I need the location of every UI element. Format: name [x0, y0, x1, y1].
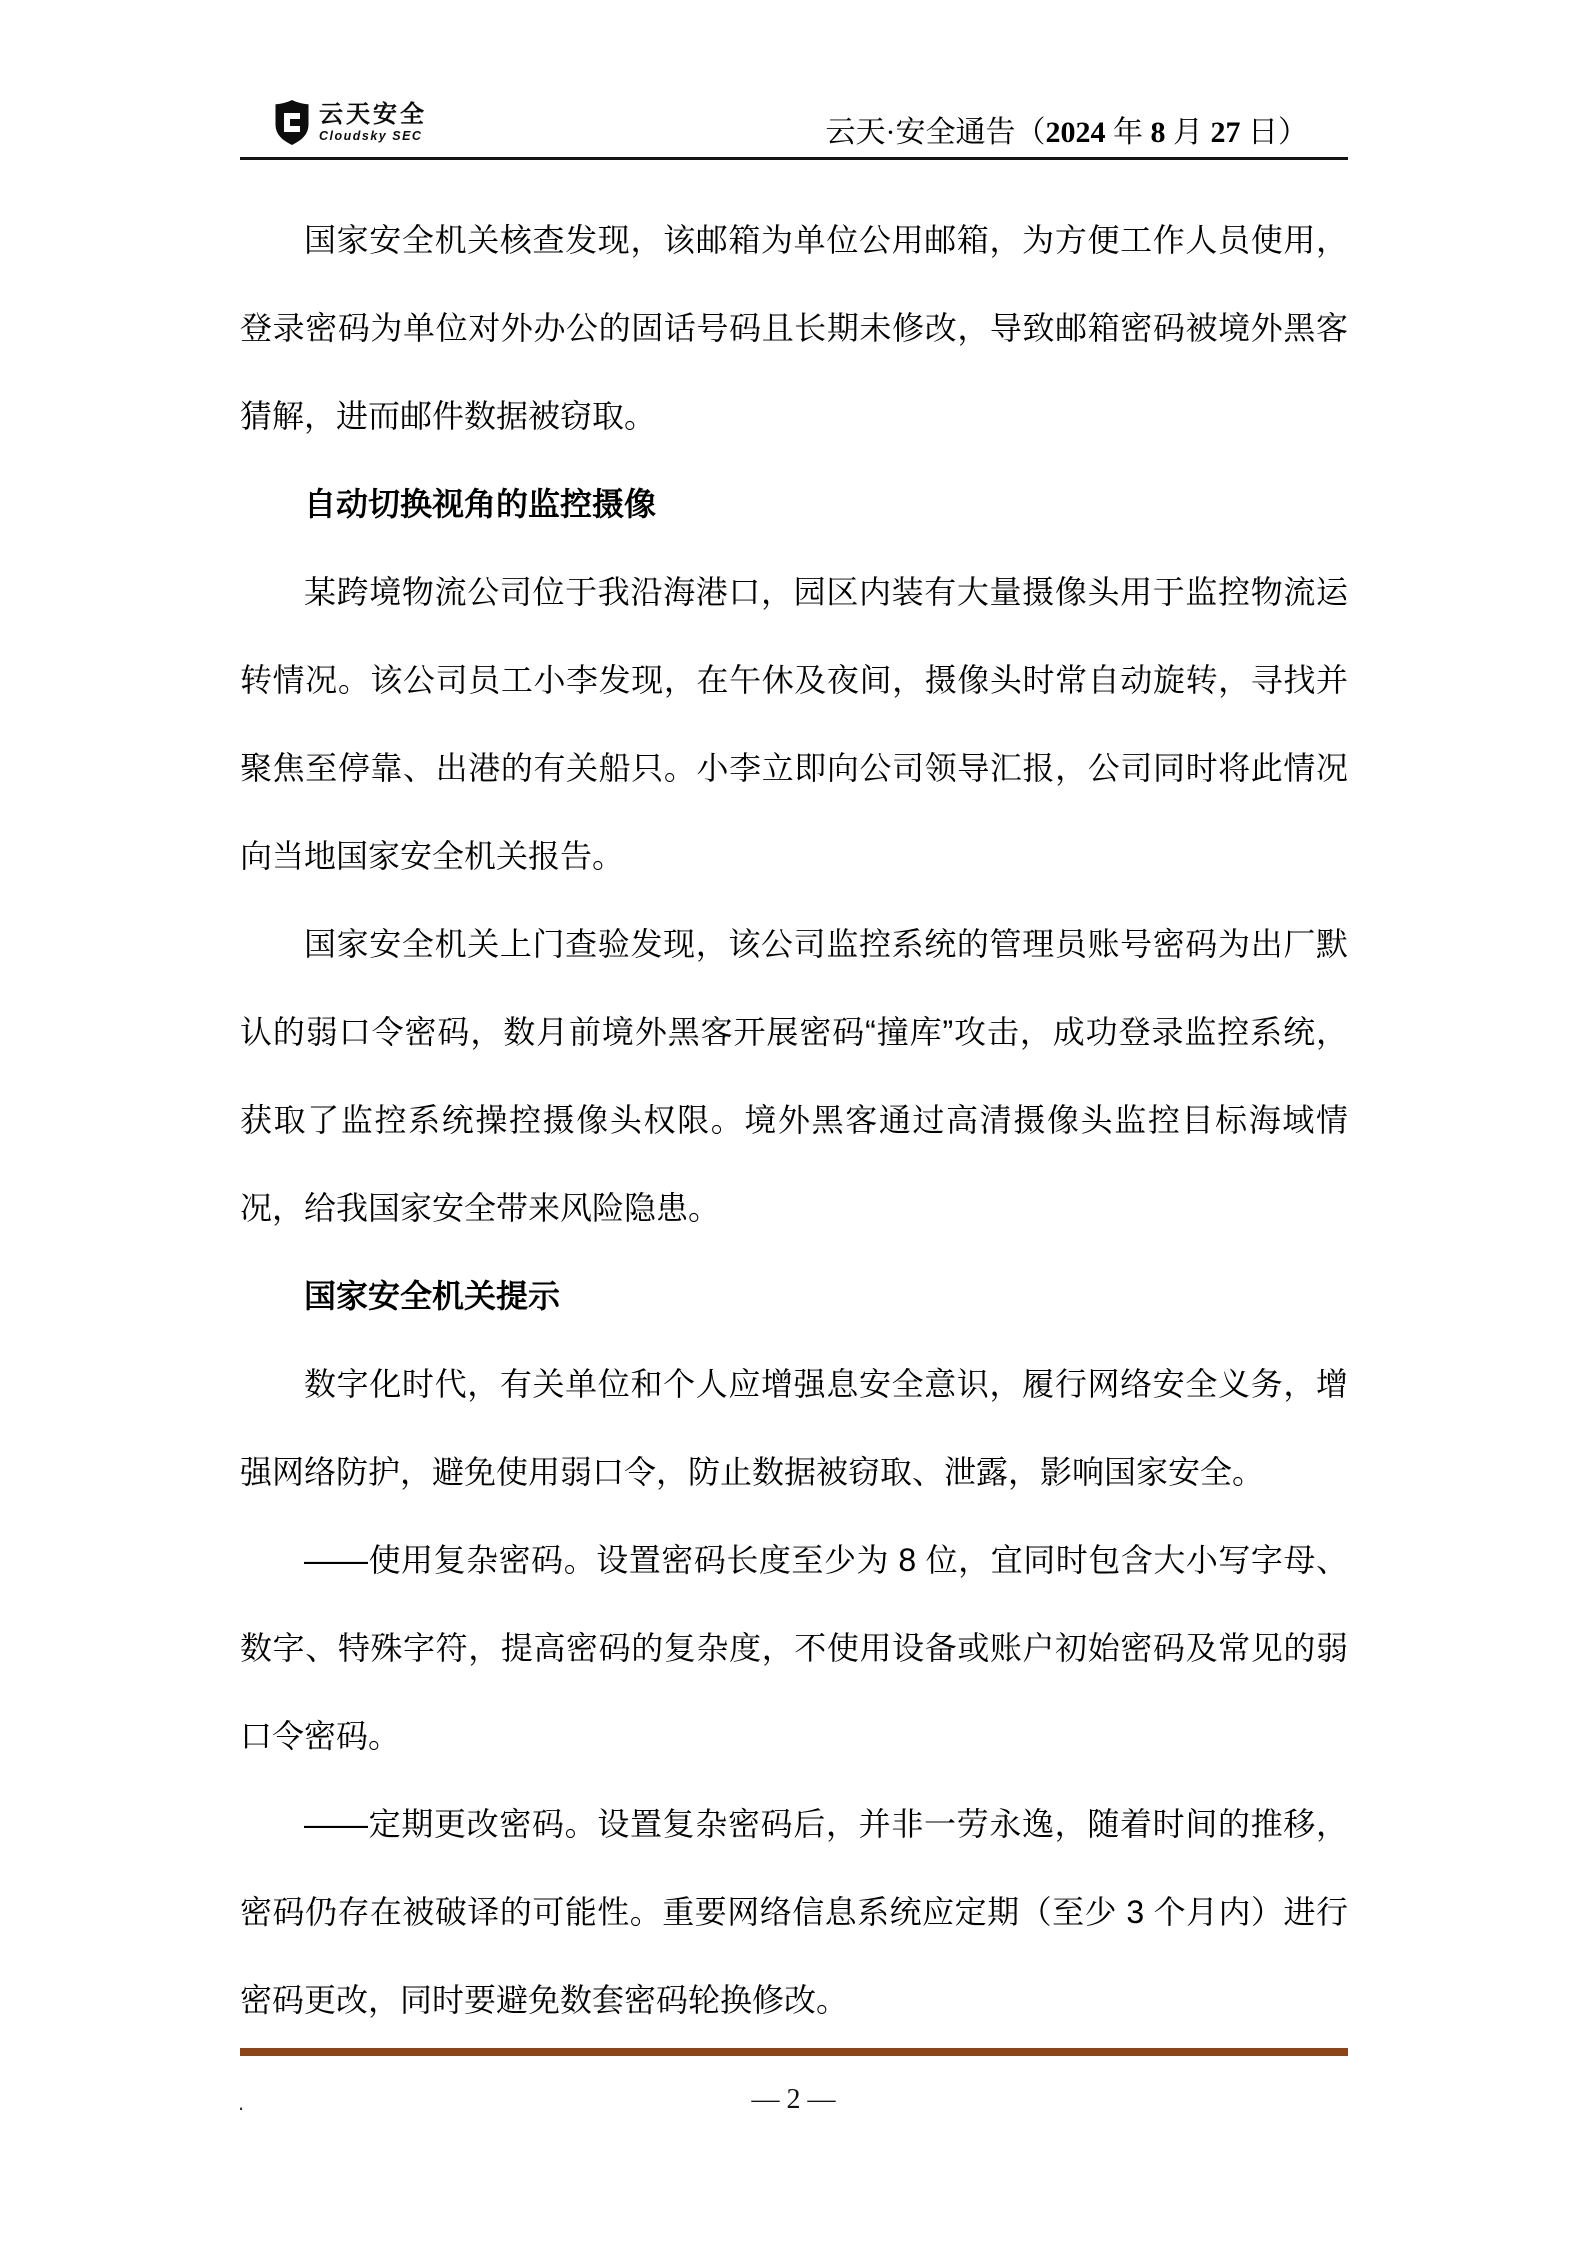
body-paragraph: 国家安全机关上门查验发现，该公司监控系统的管理员账号密码为出厂默认的弱口令密码，…	[240, 900, 1348, 1252]
section-heading: 自动切换视角的监控摄像	[240, 460, 1348, 548]
section-heading: 国家安全机关提示	[240, 1252, 1348, 1340]
page-number: — 2 —	[0, 2084, 1587, 2116]
header-title-day-unit: 日）	[1241, 116, 1309, 149]
brand-text: 云天安全 Cloudsky SEC	[319, 102, 427, 142]
header-title-month-unit: 月	[1166, 116, 1211, 149]
body-paragraph: ——定期更改密码。设置复杂密码后，并非一劳永逸，随着时间的推移，密码仍存在被破译…	[240, 1780, 1348, 2044]
document-page: 云天安全 Cloudsky SEC 云天·安全通告（2024 年 8 月 27 …	[0, 0, 1587, 2245]
header-title-year-unit: 年	[1106, 116, 1151, 149]
header-title-month: 8	[1151, 116, 1166, 149]
brand-name-en: Cloudsky SEC	[319, 129, 427, 143]
body-paragraph: 某跨境物流公司位于我沿海港口，园区内装有大量摄像头用于监控物流运转情况。该公司员…	[240, 548, 1348, 900]
document-header-title: 云天·安全通告（2024 年 8 月 27 日）	[826, 107, 1309, 151]
document-body: 国家安全机关核查发现，该邮箱为单位公用邮箱，为方便工作人员使用，登录密码为单位对…	[240, 196, 1348, 2044]
header-title-year: 2024	[1046, 116, 1106, 149]
brand-name-cn: 云天安全	[319, 102, 427, 127]
body-paragraph: ——使用复杂密码。设置密码长度至少为 8 位，宜同时包含大小写字母、数字、特殊字…	[240, 1516, 1348, 1780]
shield-c-logo-icon	[275, 100, 309, 145]
page-header: 云天安全 Cloudsky SEC 云天·安全通告（2024 年 8 月 27 …	[240, 93, 1348, 160]
body-paragraph: 数字化时代，有关单位和个人应增强息安全意识，履行网络安全义务，增强网络防护，避免…	[240, 1340, 1348, 1516]
body-paragraph: 国家安全机关核查发现，该邮箱为单位公用邮箱，为方便工作人员使用，登录密码为单位对…	[240, 196, 1348, 460]
header-title-day: 27	[1211, 116, 1241, 149]
header-title-text: 云天·安全通告（	[826, 116, 1046, 149]
brand-logo: 云天安全 Cloudsky SEC	[275, 100, 427, 145]
footer-rule	[240, 2048, 1348, 2056]
